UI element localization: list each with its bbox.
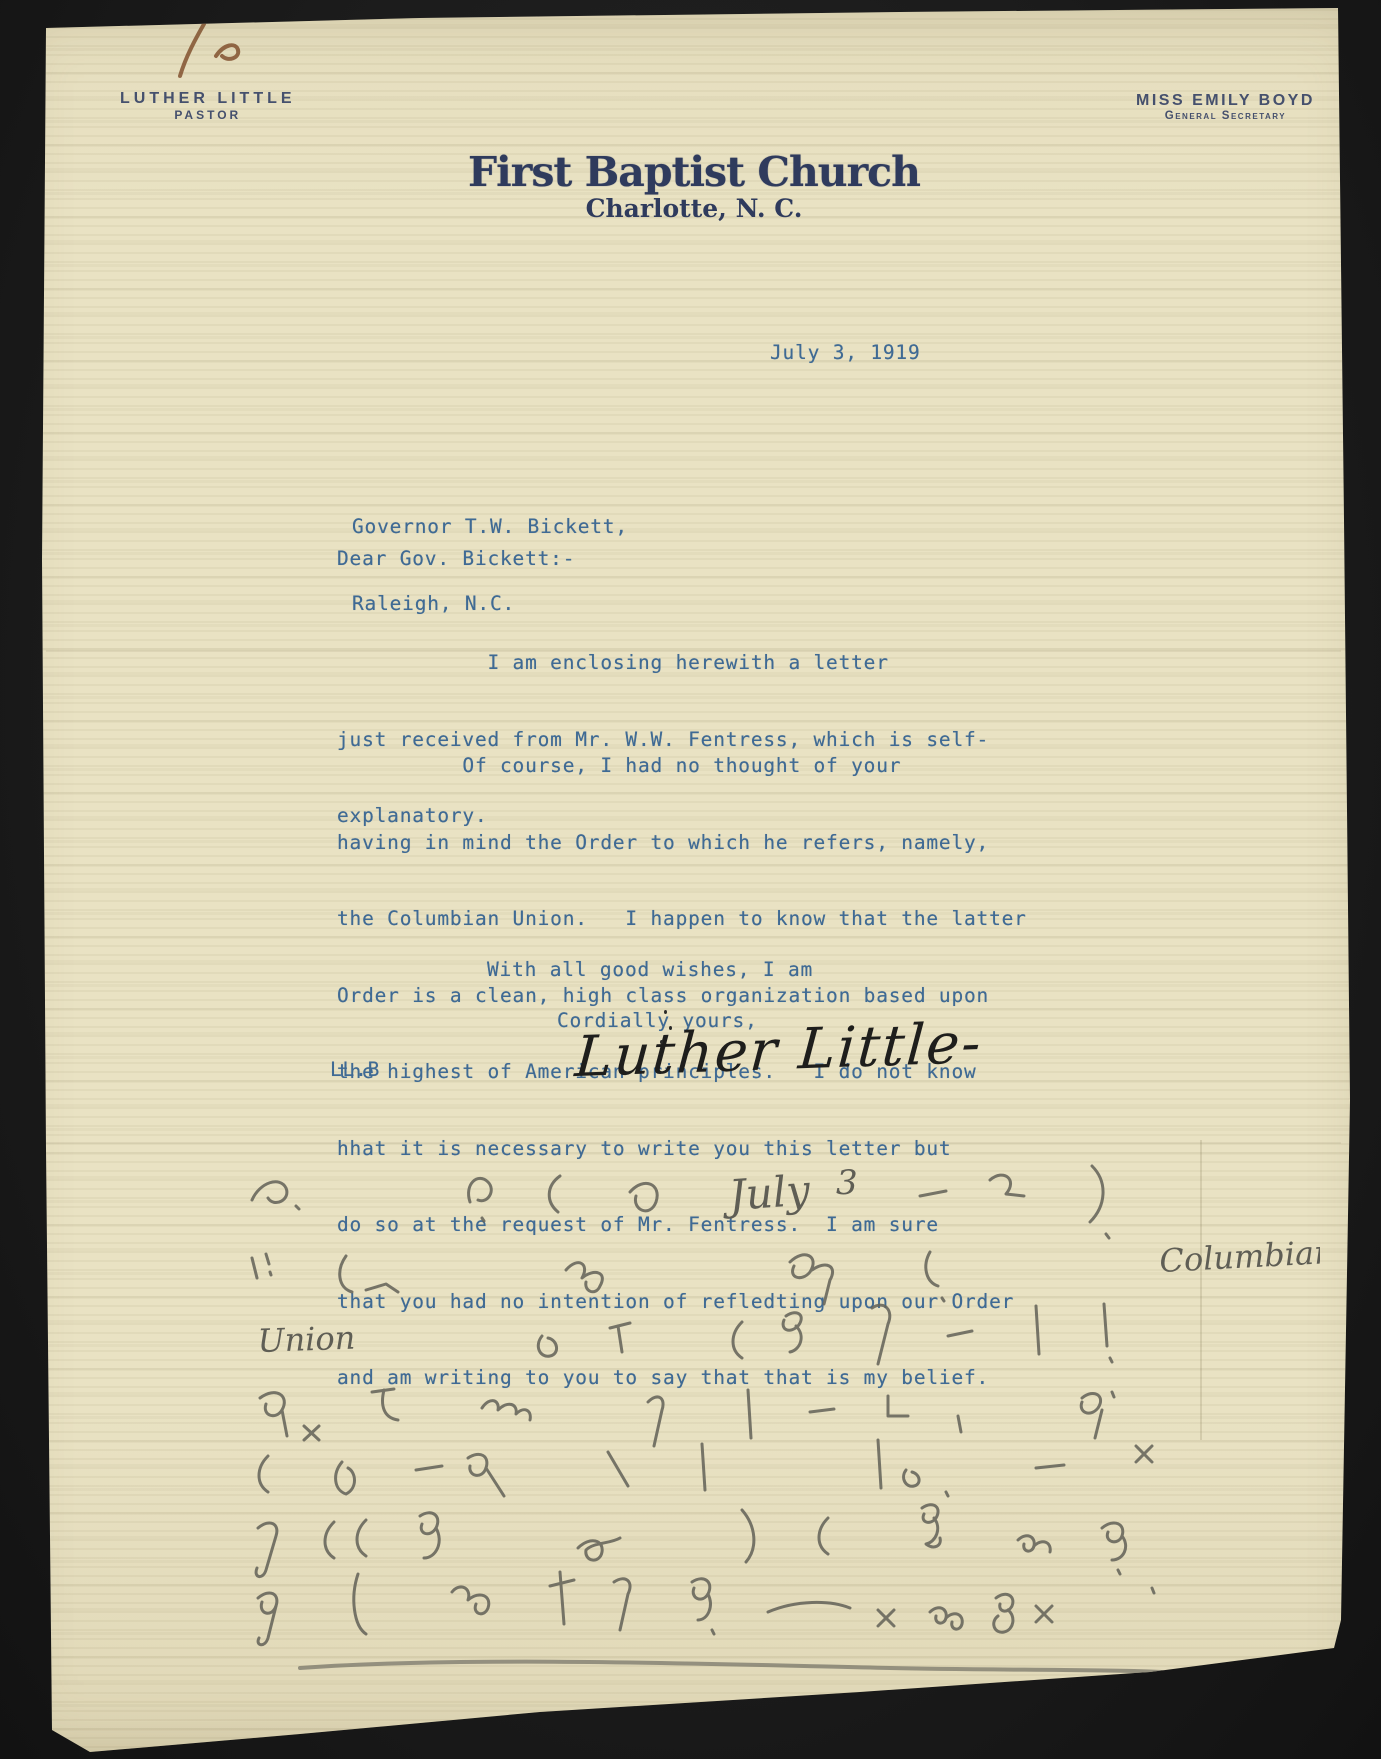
church-location: Charlotte, N. C. <box>40 194 1348 223</box>
pastor-name: LUTHER LITTLE <box>120 90 296 108</box>
shorthand-word-july: July <box>719 1165 813 1220</box>
ink-speck <box>660 1040 663 1044</box>
letterhead-pastor: LUTHER LITTLE PASTOR <box>120 90 296 122</box>
letter-date: July 3, 1919 <box>770 340 920 366</box>
closing-line: With all good wishes, I am <box>487 957 813 983</box>
shorthand-word-union: Union <box>257 1319 356 1360</box>
letterhead-secretary: MISS EMILY BOYD General Secretary <box>1136 92 1315 122</box>
typed-line: having in mind the Order to which he ref… <box>337 830 1027 856</box>
typist-initials: LL.B <box>330 1057 380 1083</box>
shorthand-word-columbian: Columbian <box>1158 1233 1320 1280</box>
shorthand-notes: July 3 Columbian Union <box>230 1140 1320 1700</box>
ink-speck <box>669 1026 672 1030</box>
typed-line: the Columbian Union. I happen to know th… <box>337 906 1027 932</box>
letter-page: LUTHER LITTLE PASTOR MISS EMILY BOYD Gen… <box>0 0 1381 1759</box>
secretary-title: General Secretary <box>1136 110 1315 122</box>
ink-smudge <box>158 14 248 86</box>
photo-background: LUTHER LITTLE PASTOR MISS EMILY BOYD Gen… <box>0 0 1381 1759</box>
secretary-name: MISS EMILY BOYD <box>1136 92 1315 110</box>
shorthand-word-three: 3 <box>836 1163 858 1203</box>
pastor-title: PASTOR <box>120 108 296 122</box>
church-name: First Baptist Church <box>40 148 1348 196</box>
typed-line: Of course, I had no thought of your <box>337 753 1027 779</box>
ink-speck <box>664 1010 667 1014</box>
typed-line: Order is a clean, high class organizatio… <box>337 983 1027 1009</box>
address-line: Governor T.W. Bickett, <box>352 514 628 540</box>
salutation: Dear Gov. Bickett:- <box>337 546 575 572</box>
typed-line: I am enclosing herewith a letter <box>337 650 989 676</box>
